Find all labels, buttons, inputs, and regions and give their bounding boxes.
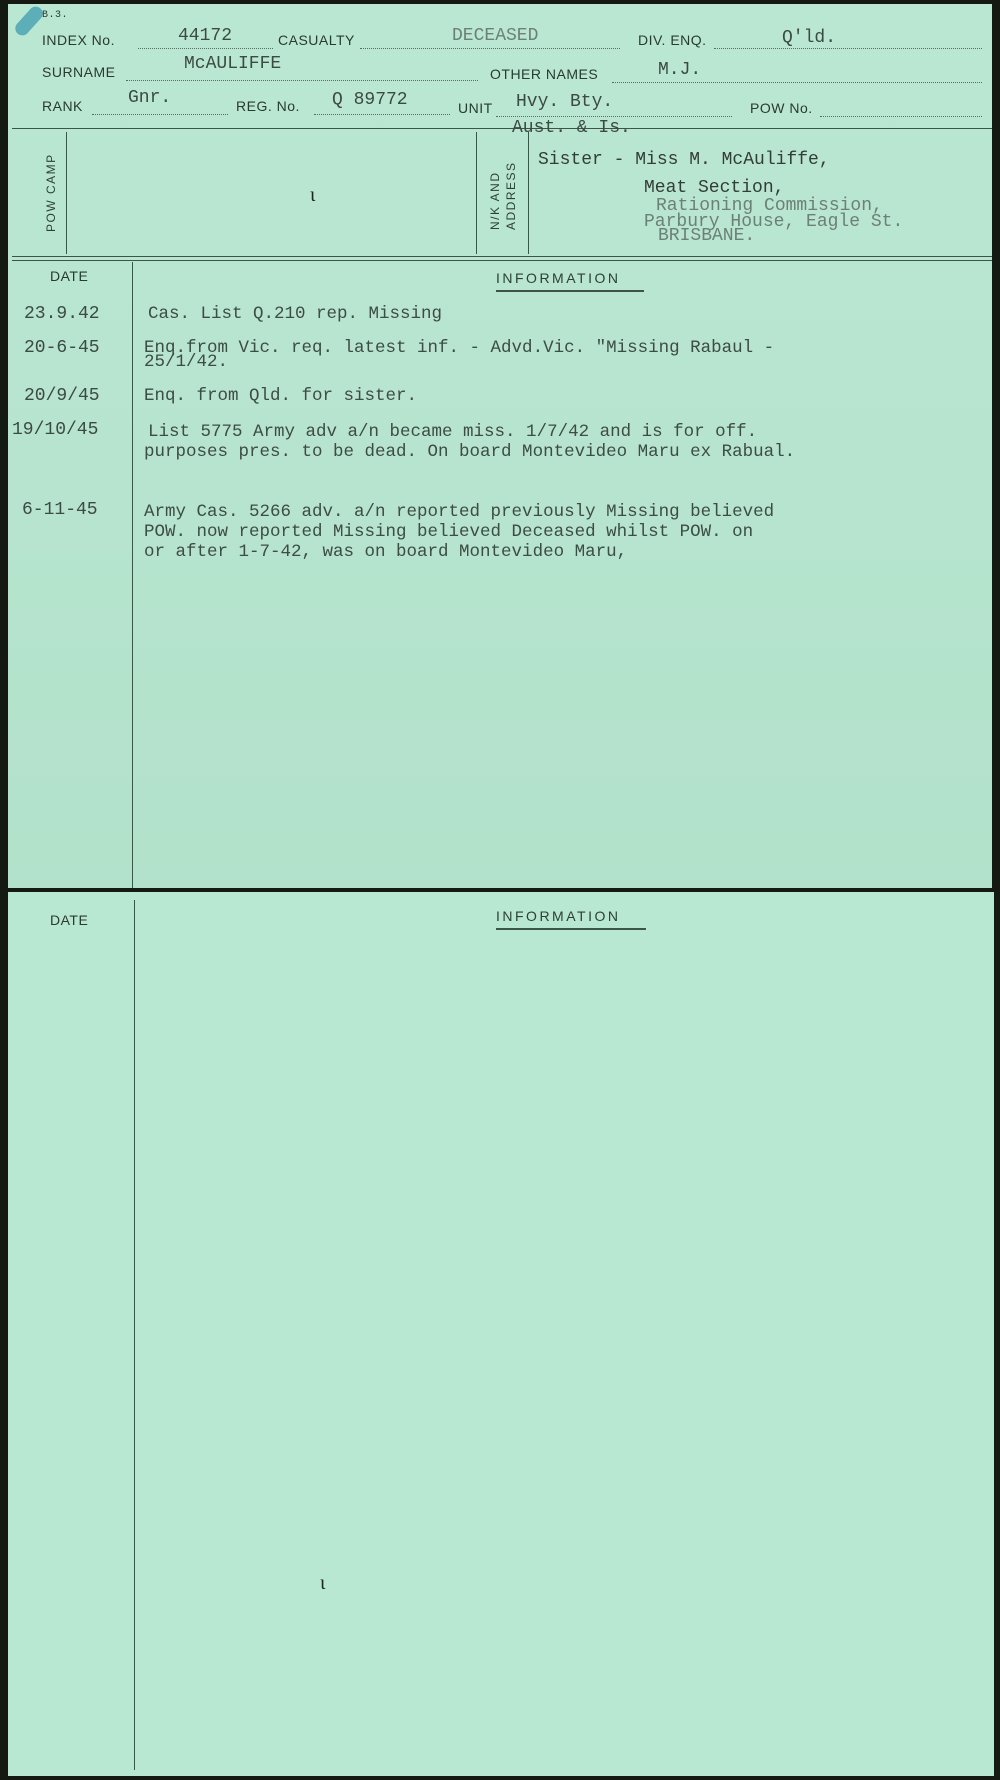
pow-no-label: POW No. [750,100,813,116]
pin-hole-mark-back: ι [320,1572,325,1595]
div-enq-label: DIV. ENQ. [638,32,707,48]
unit-value-line2: Aust. & Is. [512,118,631,138]
entry-info-line: purposes pres. to be dead. On board Mont… [144,442,795,462]
information-header-back: INFORMATION [496,908,620,924]
date-header-back: DATE [50,912,88,928]
rank-value: Gnr. [128,88,171,108]
nk-address-line-1: Sister - Miss M. McAuliffe, [538,150,830,170]
entry-info-line: Army Cas. 5266 adv. a/n reported previou… [144,502,774,522]
nk-address-line-5: BRISBANE. [658,226,755,246]
casualty-card-back: DATE INFORMATION ι [8,892,994,1776]
entry-info-line: or after 1-7-42, was on board Montevideo… [144,542,627,562]
entry-info-line: Enq. from Qld. for sister. [144,386,417,406]
pow-camp-label: POW CAMP [44,153,58,232]
form-code: B.3. [42,10,68,21]
surname-label: SURNAME [42,64,116,80]
reg-no-value: Q 89772 [332,90,408,110]
entry-info-line: Cas. List Q.210 rep. Missing [148,304,442,324]
casualty-value: DECEASED [452,26,538,46]
entry-info-line: POW. now reported Missing believed Decea… [144,522,753,542]
casualty-label: CASUALTY [278,32,355,48]
surname-value: McAULIFFE [184,54,281,74]
entry-date: 19/10/45 [12,420,98,440]
entry-info-line: 25/1/42. [144,352,228,372]
ink-stamp-icon [12,4,45,39]
index-no-value: 44172 [178,26,232,46]
entry-info-line: Enq.from Vic. req. latest inf. - Advd.Vi… [144,338,774,358]
index-no-label: INDEX No. [42,32,115,48]
entry-info-line: List 5775 Army adv a/n became miss. 1/7/… [148,422,757,442]
entry-date: 23.9.42 [24,304,100,324]
pin-hole-mark: ι [310,184,315,207]
date-header: DATE [50,268,88,284]
nk-label-line2: ADDRESS [504,161,518,230]
other-names-value: M.J. [658,60,701,80]
unit-label: UNIT [458,100,493,116]
entry-date: 20-6-45 [24,338,100,358]
nk-label-line1: N/K AND [488,171,502,230]
entry-date: 6-11-45 [22,500,98,520]
nk-address-line-2: Meat Section, [644,178,784,198]
other-names-label: OTHER NAMES [490,66,598,82]
unit-value: Hvy. Bty. [516,92,613,112]
div-enq-value: Q'ld. [782,28,836,48]
rank-label: RANK [42,98,83,114]
information-header: INFORMATION [496,270,620,286]
reg-no-label: REG. No. [236,98,300,114]
casualty-card-front: B.3. INDEX No. 44172 CASUALTY DECEASED D… [8,4,992,888]
entry-date: 20/9/45 [24,386,100,406]
